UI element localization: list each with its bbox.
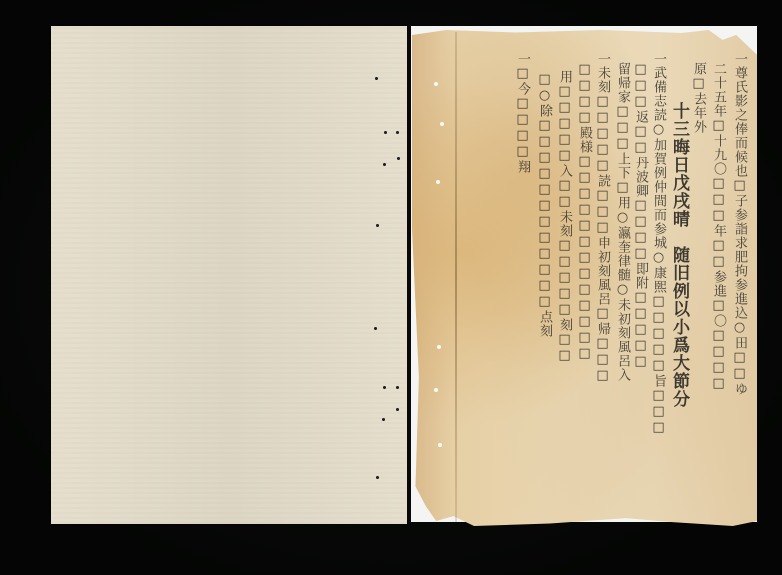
manuscript-text: 一尊氏影之俸而候也□子参詣求肥拘参進込○田□□ゆ 二十五年□十九〇□□□年□□参… xyxy=(0,0,782,575)
text-column-date-heading: 十三晦日戊戌晴 随旧例以小爲大節分 xyxy=(670,102,687,408)
text-column: □□□□殿様□□□□□□□□□□□□□ xyxy=(578,62,591,362)
text-column: 二十五年□十九〇□□□年□□参進□〇□□□□ xyxy=(712,62,725,392)
text-column: 一未刻□□□□□読□□□申初刻風呂□帰□□□ xyxy=(596,52,609,384)
text-column: 一□今□□□□翔 xyxy=(516,52,529,174)
text-column: 用□□□□□入□□未刻□□□□□刻□□ xyxy=(558,70,571,364)
text-column: 一武備志読○加賀例仲間而参城○康煕□□□□□旨□□□ xyxy=(652,52,665,436)
text-column: 一尊氏影之俸而候也□子参詣求肥拘参進込○田□□ゆ xyxy=(733,52,746,396)
text-column: □○除□□□□□□□□□□□□点刻 xyxy=(538,72,551,338)
text-column: 原□去年外 xyxy=(692,62,705,134)
text-column: 留帰家□□□上下□用○瀛奎律髄○未初刻風呂入 xyxy=(616,62,629,382)
text-column: □□□返□□丹波卿□□□□即附□□□□□ xyxy=(634,62,647,370)
